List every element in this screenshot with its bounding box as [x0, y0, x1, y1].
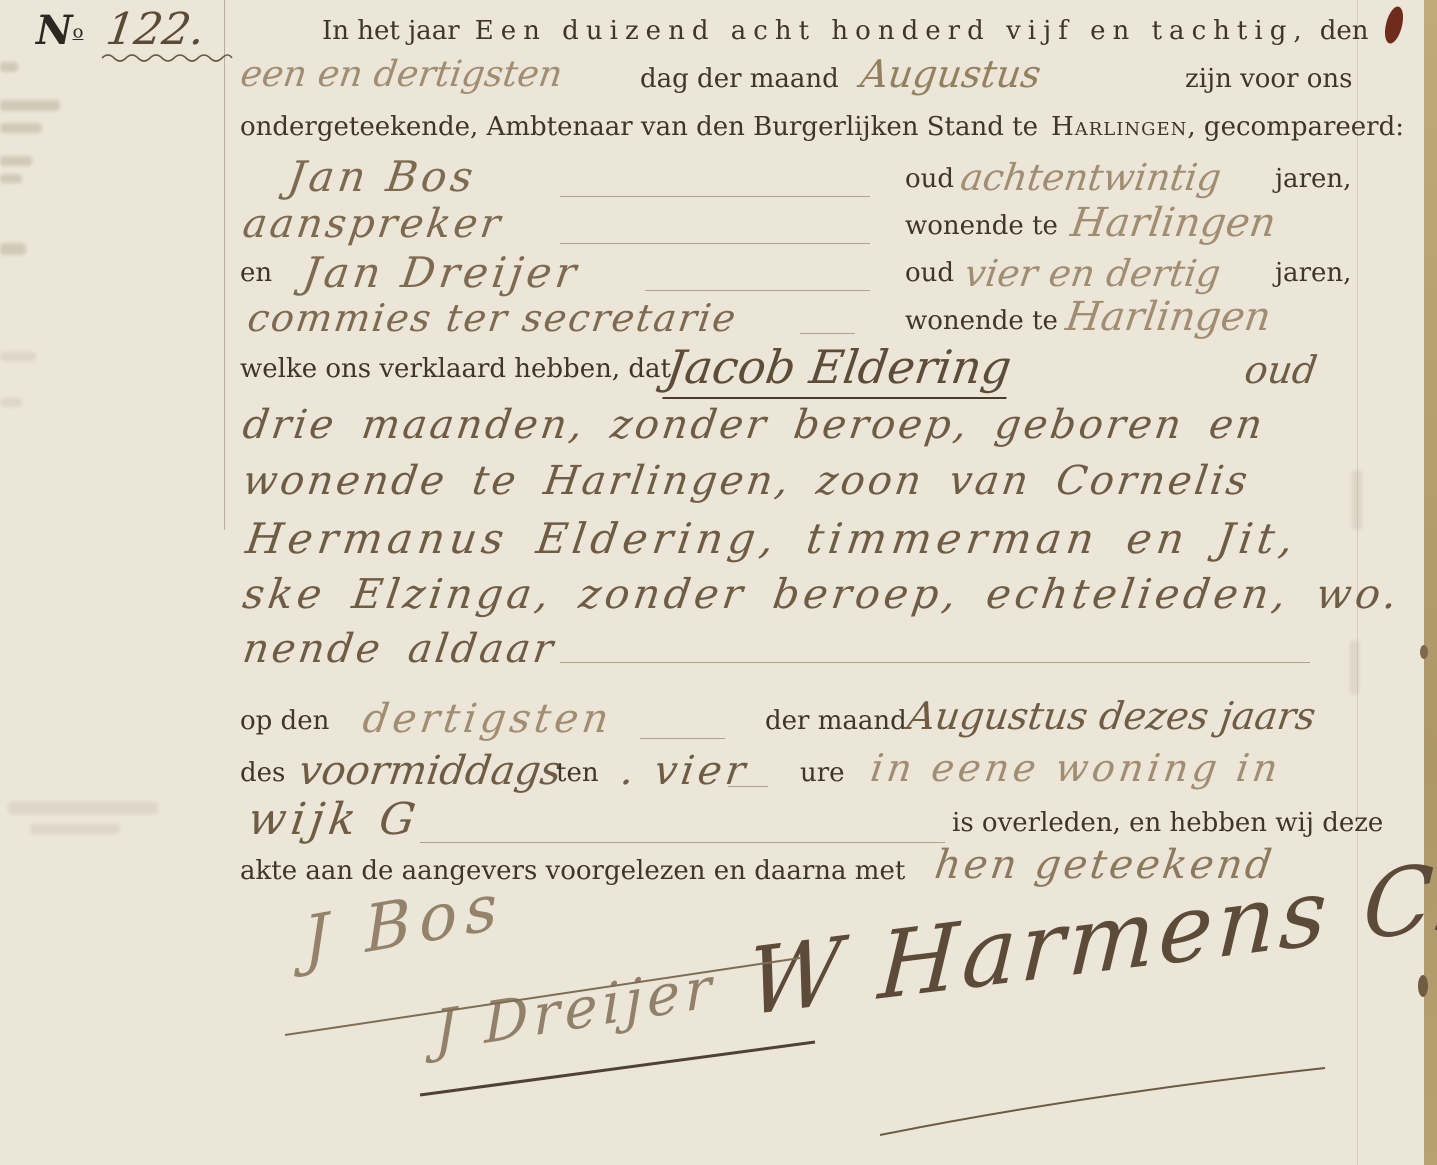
deceased-name: Jacob Eldering — [663, 340, 1015, 394]
day-line-end: zijn voor ons — [1185, 64, 1353, 94]
declarant2-occupation: commies ter secretarie — [245, 296, 740, 340]
death-daypart: voormiddags — [296, 748, 564, 794]
overleden-line: is overleden, en hebben wij deze — [952, 808, 1383, 838]
margin-rule — [224, 0, 225, 530]
blank-filler-rule — [420, 842, 945, 843]
declaration-oud: oud — [1242, 348, 1320, 392]
handwritten-day: een en dertigsten — [238, 54, 565, 95]
death-certificate-scan: No 122. In het jaar Een duizend acht hon… — [0, 0, 1437, 1165]
official-line: ondergeteekende, Ambtenaar van den Burge… — [240, 112, 1404, 142]
declaration-body-line3: Hermanus Eldering, timmerman en Jit, — [243, 514, 1301, 563]
blank-filler-rule — [645, 290, 870, 291]
des-label: des — [240, 758, 285, 788]
bleed-through-smudge — [8, 802, 158, 814]
declarant2-en-label: en — [240, 258, 272, 288]
bleed-through-smudge — [0, 62, 18, 72]
blank-filler-rule — [560, 243, 870, 244]
year-line: In het jaar Een duizend acht honderd vij… — [322, 16, 1369, 46]
bleed-through-smudge — [30, 824, 120, 834]
blank-filler-rule — [728, 786, 768, 787]
official-place: Harlingen — [1051, 112, 1187, 142]
year-line-post: den — [1320, 16, 1369, 46]
declarant2-name: Jan Dreijer — [300, 248, 583, 297]
death-hour: . vier — [618, 748, 752, 794]
opden-label: op den — [240, 706, 329, 736]
blank-filler-rule — [560, 662, 1310, 663]
act-number: 122. — [103, 4, 208, 55]
year-line-pre: In het jaar — [322, 16, 460, 46]
official-line-post: , gecompareerd: — [1187, 112, 1404, 142]
no-label: N — [36, 7, 73, 54]
death-month: Augustus dezes jaars — [905, 694, 1318, 738]
death-day: dertigsten — [360, 696, 615, 742]
official-line-pre: ondergeteekende, Ambtenaar van den Burge… — [240, 112, 1038, 142]
ten-label: ten — [556, 758, 599, 788]
closing-line: akte aan de aangevers voorgelezen en daa… — [240, 856, 905, 886]
bleed-through-smudge — [0, 123, 42, 133]
declarant2-oud-label: oud — [905, 258, 954, 288]
declarant2-residence: Harlingen — [1063, 294, 1274, 340]
act-number-block: No 122. — [36, 4, 200, 55]
seal-mark — [1382, 5, 1407, 46]
declaration-body-line2: wonende te Harlingen, zoon van Cornelis — [240, 458, 1253, 504]
day-line-mid: dag der maand — [640, 64, 839, 94]
declarant1-residence: Harlingen — [1068, 200, 1279, 246]
handwritten-month: Augustus — [858, 52, 1044, 96]
no-label-sup: o — [73, 22, 84, 43]
declarant2-wonende-label: wonende te — [905, 306, 1058, 336]
declaration-body-line5: nende aldaar — [240, 626, 559, 672]
dermaand-label: der maand — [765, 706, 907, 736]
bleed-through-smudge — [0, 156, 32, 166]
declarant1-age: achtentwintig — [958, 156, 1224, 199]
edge-speck — [1418, 975, 1428, 997]
declarant1-jaren-label: jaren, — [1275, 164, 1351, 194]
bleed-through-smudge — [0, 398, 22, 407]
declarant1-name: Jan Bos — [285, 152, 480, 201]
signature-declarant2: J Dreijer — [434, 955, 717, 1065]
blank-filler-rule — [800, 333, 855, 334]
death-place-hw: in eene woning in — [868, 746, 1284, 790]
bleed-through-smudge — [0, 352, 36, 361]
declarant2-age: vier en dertig — [962, 252, 1223, 295]
bleed-through-smudge — [0, 174, 22, 183]
declaration-intro: welke ons verklaard hebben, dat — [240, 354, 671, 384]
declarant1-occupation: aanspreker — [240, 201, 506, 247]
blank-filler-rule — [560, 196, 870, 197]
declaration-body-line4: ske Elzinga, zonder beroep, echtelieden,… — [240, 570, 1404, 618]
year-line-spelled: Een duizend acht honderd vijf en tachtig… — [475, 16, 1309, 46]
bleed-through-smudge — [0, 243, 26, 255]
declarant1-wonende-label: wonende te — [905, 211, 1058, 241]
blank-filler-rule — [640, 738, 725, 739]
declaration-body-line1: drie maanden, zonder beroep, geboren en — [240, 402, 1268, 448]
edge-speck — [1420, 645, 1428, 659]
ure-label: ure — [800, 758, 845, 788]
death-wijk: wijk G — [245, 794, 423, 845]
declarant1-oud-label: oud — [905, 164, 954, 194]
deceased-name-text: Jacob Eldering — [662, 340, 1014, 399]
bleed-through-smudge — [0, 100, 60, 111]
declarant2-jaren-label: jaren, — [1275, 258, 1351, 288]
